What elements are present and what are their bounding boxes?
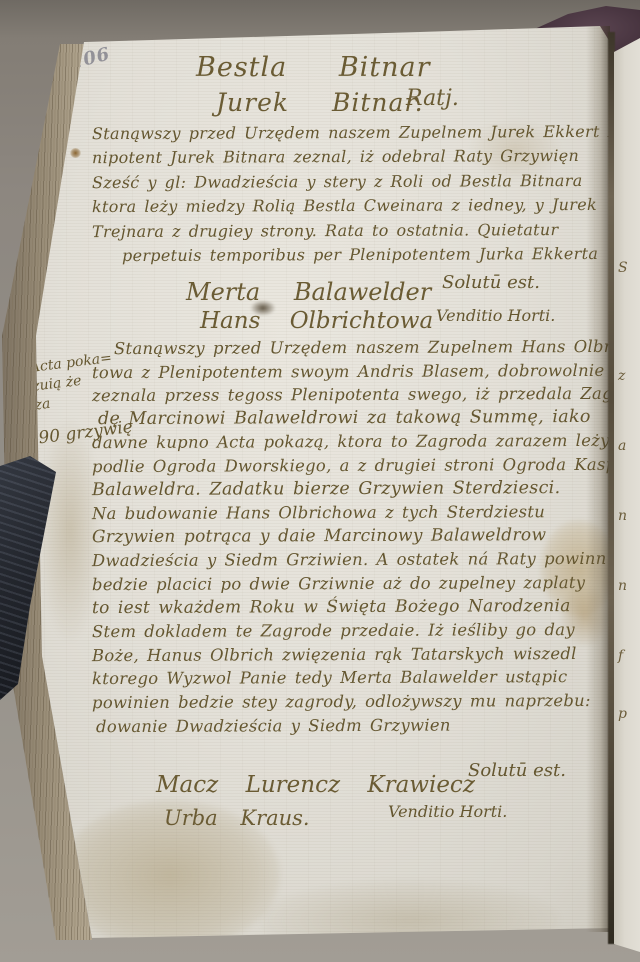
manuscript-line: Grzywien potrąca y daie Marcinowy Balawe… [92, 524, 608, 550]
manuscript-line: zeznala przess tegoss Plenipotenta swego… [92, 382, 608, 408]
paper-stain [260, 880, 560, 960]
manuscript-line: ktorego Wyzwol Panie tedy Merta Balaweld… [92, 665, 608, 691]
manuscript-page: 106 Bestla Bitnar Jurek Bitnar. Ratj. St… [0, 0, 640, 962]
photographed-manuscript-book: 106 Bestla Bitnar Jurek Bitnar. Ratj. St… [0, 0, 640, 962]
facing-text-fragment: f [618, 648, 623, 664]
manuscript-line: to iest wkażdem Roku w Święta Bożego Nar… [92, 594, 608, 620]
manuscript-line: nipotent Jurek Bitnara zeznal, iż odebra… [92, 144, 608, 171]
manuscript-line: Stanąwszy przed Urzędem naszem Zupelnem … [114, 335, 608, 361]
facing-text-fragment: a [618, 438, 626, 454]
entry1-title-line1: Bestla Bitnar [196, 52, 431, 83]
manuscript-line: dę Marcinowi Balaweldrowi za takową Summ… [98, 406, 608, 432]
entry3-party1-latin-note: Solutū est. [468, 760, 566, 781]
entry2-paragraph: Stanąwszy przed Urzędem naszem Zupelnem … [92, 336, 608, 737]
entry1-paragraph: Stanąwszy przed Urzędem naszem Zupelnem … [92, 121, 608, 267]
manuscript-line: dawne kupno Acta pokazą, ktora to Zagrod… [92, 429, 608, 455]
facing-page-sliver: S z a n n f p [614, 38, 640, 952]
manuscript-line: bedzie placici po dwie Grziwnie aż do zu… [92, 571, 608, 597]
entry2-party1-latin-note: Solutū est. [442, 272, 540, 293]
manuscript-line: towa z Plenipotentem swoym Andris Blasem… [92, 358, 608, 384]
facing-text-fragment: n [618, 508, 627, 524]
entry3-party2: Urba Kraus. [164, 806, 310, 830]
facing-text-fragment: p [618, 706, 627, 722]
entry2-party2: Hans Olbrichtowa [200, 308, 433, 334]
book-gutter [608, 32, 615, 944]
manuscript-line: ktora leży miedzy Rolią Bestla Cweinara … [92, 193, 608, 220]
manuscript-line: Na budowanie Hans Olbrichowa z tych Ster… [92, 500, 608, 526]
manuscript-line: perpetuis temporibus per Plenipotentem J… [122, 242, 608, 269]
gutter-shadow [586, 26, 610, 932]
entry2-party1: Merta Balawelder [186, 278, 431, 306]
manuscript-line: Stanąwszy przed Urzędem naszem Zupelnem … [92, 120, 608, 147]
manuscript-line: Dwadzieścia y Siedm Grziwien. A ostatek … [92, 547, 608, 573]
manuscript-line: Trejnara z drugiey strony. Rata to ostat… [92, 217, 608, 244]
entry1-title-line2: Jurek Bitnar. [216, 88, 424, 117]
manuscript-line: dowanie Dwadzieścia y Siedm Grzywien [96, 712, 608, 738]
manuscript-line: podlie Ogroda Dworskiego, a z drugiei st… [92, 453, 608, 479]
manuscript-line: Balaweldra. Zadatku bierze Grzywien Ster… [92, 476, 608, 502]
manuscript-line: powinien bedzie stey zagrody, odlożywszy… [92, 689, 608, 715]
manuscript-line: Sześć y gl: Dwadzieścia y stery z Roli o… [92, 169, 608, 196]
entry2-party2-latin-note: Venditio Horti. [436, 306, 555, 325]
facing-text-fragment: z [618, 368, 625, 384]
ink-stain [70, 148, 81, 158]
manuscript-line: Stem dokladem te Zagrode przedaie. Iż ie… [92, 618, 608, 644]
entry1-title-note: Ratj. [406, 86, 459, 111]
entry3-party2-latin-note: Venditio Horti. [388, 802, 507, 821]
manuscript-line: Boże, Hanus Olbrich zwięzenia rąk Tatars… [92, 642, 608, 668]
entry3-party1: Macz Lurencz Krawiecz [156, 772, 475, 798]
facing-text-fragment: n [618, 578, 627, 594]
facing-text-fragment: S [618, 260, 628, 276]
